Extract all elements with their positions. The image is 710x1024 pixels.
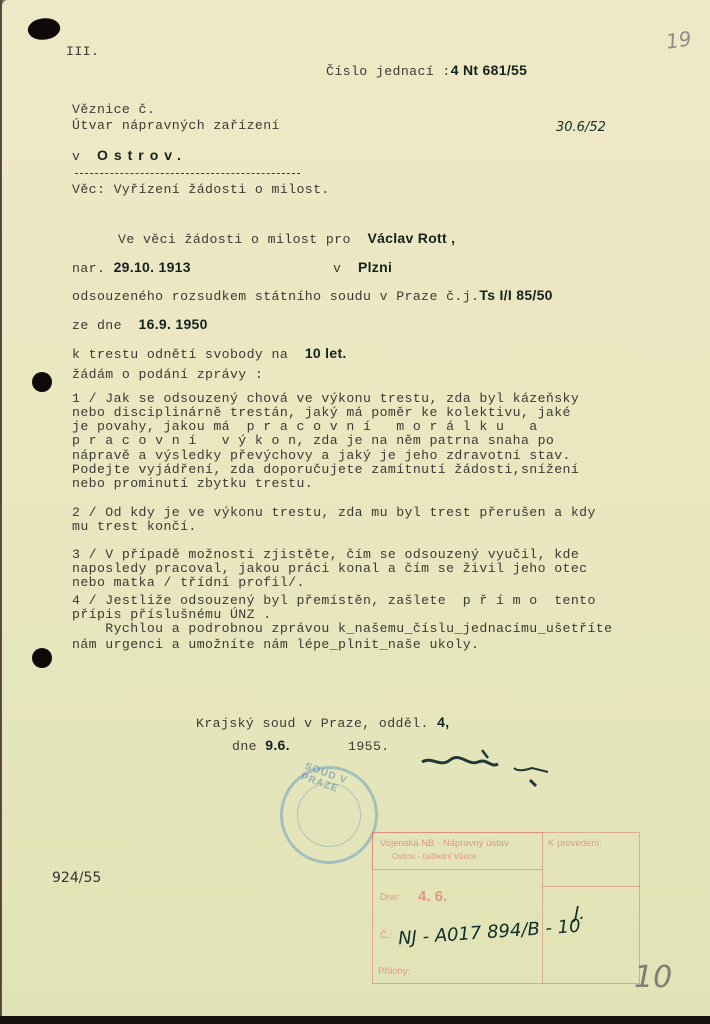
pencil-page-number-bottom: 10 xyxy=(634,960,672,995)
punch-hole-bottom xyxy=(32,648,52,668)
birth-place: Plzni xyxy=(358,259,392,275)
court-round-stamp: SOUD V PRAZE xyxy=(280,766,378,864)
judgment-date: 16.9. 1950 xyxy=(139,316,208,332)
court-line: Krajský soud v Praze, odděl. 4, xyxy=(196,714,449,731)
sentence-length: 10 let. xyxy=(305,345,347,361)
subject-line: Věc: Vyřízení žádosti o milost. xyxy=(72,182,330,197)
request-item-3-line: nebo matka / třídní profil/. xyxy=(72,575,305,590)
request-item-1-line: je povahy, jakou má p r a c o v n í m o … xyxy=(72,419,538,434)
handwritten-initial: J. xyxy=(574,903,585,924)
issue-date-line: dne 9.6. 1955. xyxy=(232,737,390,754)
request-item-2-line: mu trest končí. xyxy=(72,519,197,534)
request-item-1-line: nápravě a výsledky převýchovy a jaký je … xyxy=(72,448,571,463)
punch-hole-top xyxy=(32,372,52,392)
conviction-line: odsouzeného rozsudkem státního soudu v P… xyxy=(72,287,553,304)
reference-number: 4 Nt 681/55 xyxy=(451,62,527,78)
request-item-1-line: 1 / Jak se odsouzený chová ve výkonu tre… xyxy=(72,391,579,406)
pencil-page-number: 19 xyxy=(664,26,693,53)
addressee-city: v Ostrov. xyxy=(72,147,187,164)
addressee-line2: Útvar nápravných zařízení xyxy=(72,118,280,133)
sentence-line: k trestu odnětí svobody na 10 let. xyxy=(72,345,347,362)
signature-scribble xyxy=(418,748,558,794)
handwritten-date: 30.6/52 xyxy=(556,120,606,135)
city-name: Ostrov. xyxy=(97,147,187,163)
request-item-3-line: 3 / V případě možnosti zjistěte, čím se … xyxy=(72,547,579,562)
birth-line: nar. 29.10. 1913 xyxy=(72,259,191,276)
request-item-1-line: p r a c o v n í v ý k o n, zda je na něm… xyxy=(72,433,554,448)
reference-line: Číslo jednací :4 Nt 681/55 xyxy=(326,62,527,79)
issue-year: 1955. xyxy=(348,739,390,754)
birth-date: 29.10. 1913 xyxy=(114,259,191,275)
scan-bottom-edge xyxy=(0,1016,710,1024)
closing-line2: nám urgenci a umožníte nám lépe_plnit_na… xyxy=(72,637,479,652)
request-item-3-line: naposledy pracoval, jakou práci konal a … xyxy=(72,561,587,576)
case-number: Ts I/I 85/50 xyxy=(479,287,552,303)
request-item-2-line: 2 / Od kdy je ve výkonu trestu, zda mu b… xyxy=(72,505,596,520)
request-item-1-line: nebo disciplinárně trestán, jaký má pomě… xyxy=(72,405,571,420)
registry-stamp-rule xyxy=(542,886,640,887)
received-date: 4. 6. xyxy=(418,888,447,905)
registry-stamp-divider xyxy=(542,832,543,984)
handwritten-file-ref: 924/55 xyxy=(52,870,101,886)
intro-lead: Ve věci žádosti o milost pro Václav Rott… xyxy=(118,230,455,247)
request-item-1-line: Podejte vyjádření, zda doporučujete zamí… xyxy=(72,462,579,477)
separator-line xyxy=(75,173,300,174)
request-item-1-line: nebo prominutí zbytku trestu. xyxy=(72,476,313,491)
birth-place-line: v Plzni xyxy=(333,259,392,276)
convict-name: Václav Rott , xyxy=(367,230,455,246)
judgment-date-line: ze dne 16.9. 1950 xyxy=(72,316,208,333)
roman-numeral: III. xyxy=(66,44,99,59)
request-item-4-line: přípis příslušnému ÚNZ . xyxy=(72,607,272,622)
request-item-4-line: 4 / Jestliže odsouzený byl přemístěn, za… xyxy=(72,593,596,608)
reference-label: Číslo jednací : xyxy=(326,64,451,79)
issue-date: 9.6. xyxy=(265,737,290,753)
addressee-line1: Věznice č. xyxy=(72,102,155,117)
closing-line1: Rychlou a podrobnou zprávou k_našemu_čís… xyxy=(72,621,612,636)
request-title: žádám o podání zprávy : xyxy=(72,367,263,382)
